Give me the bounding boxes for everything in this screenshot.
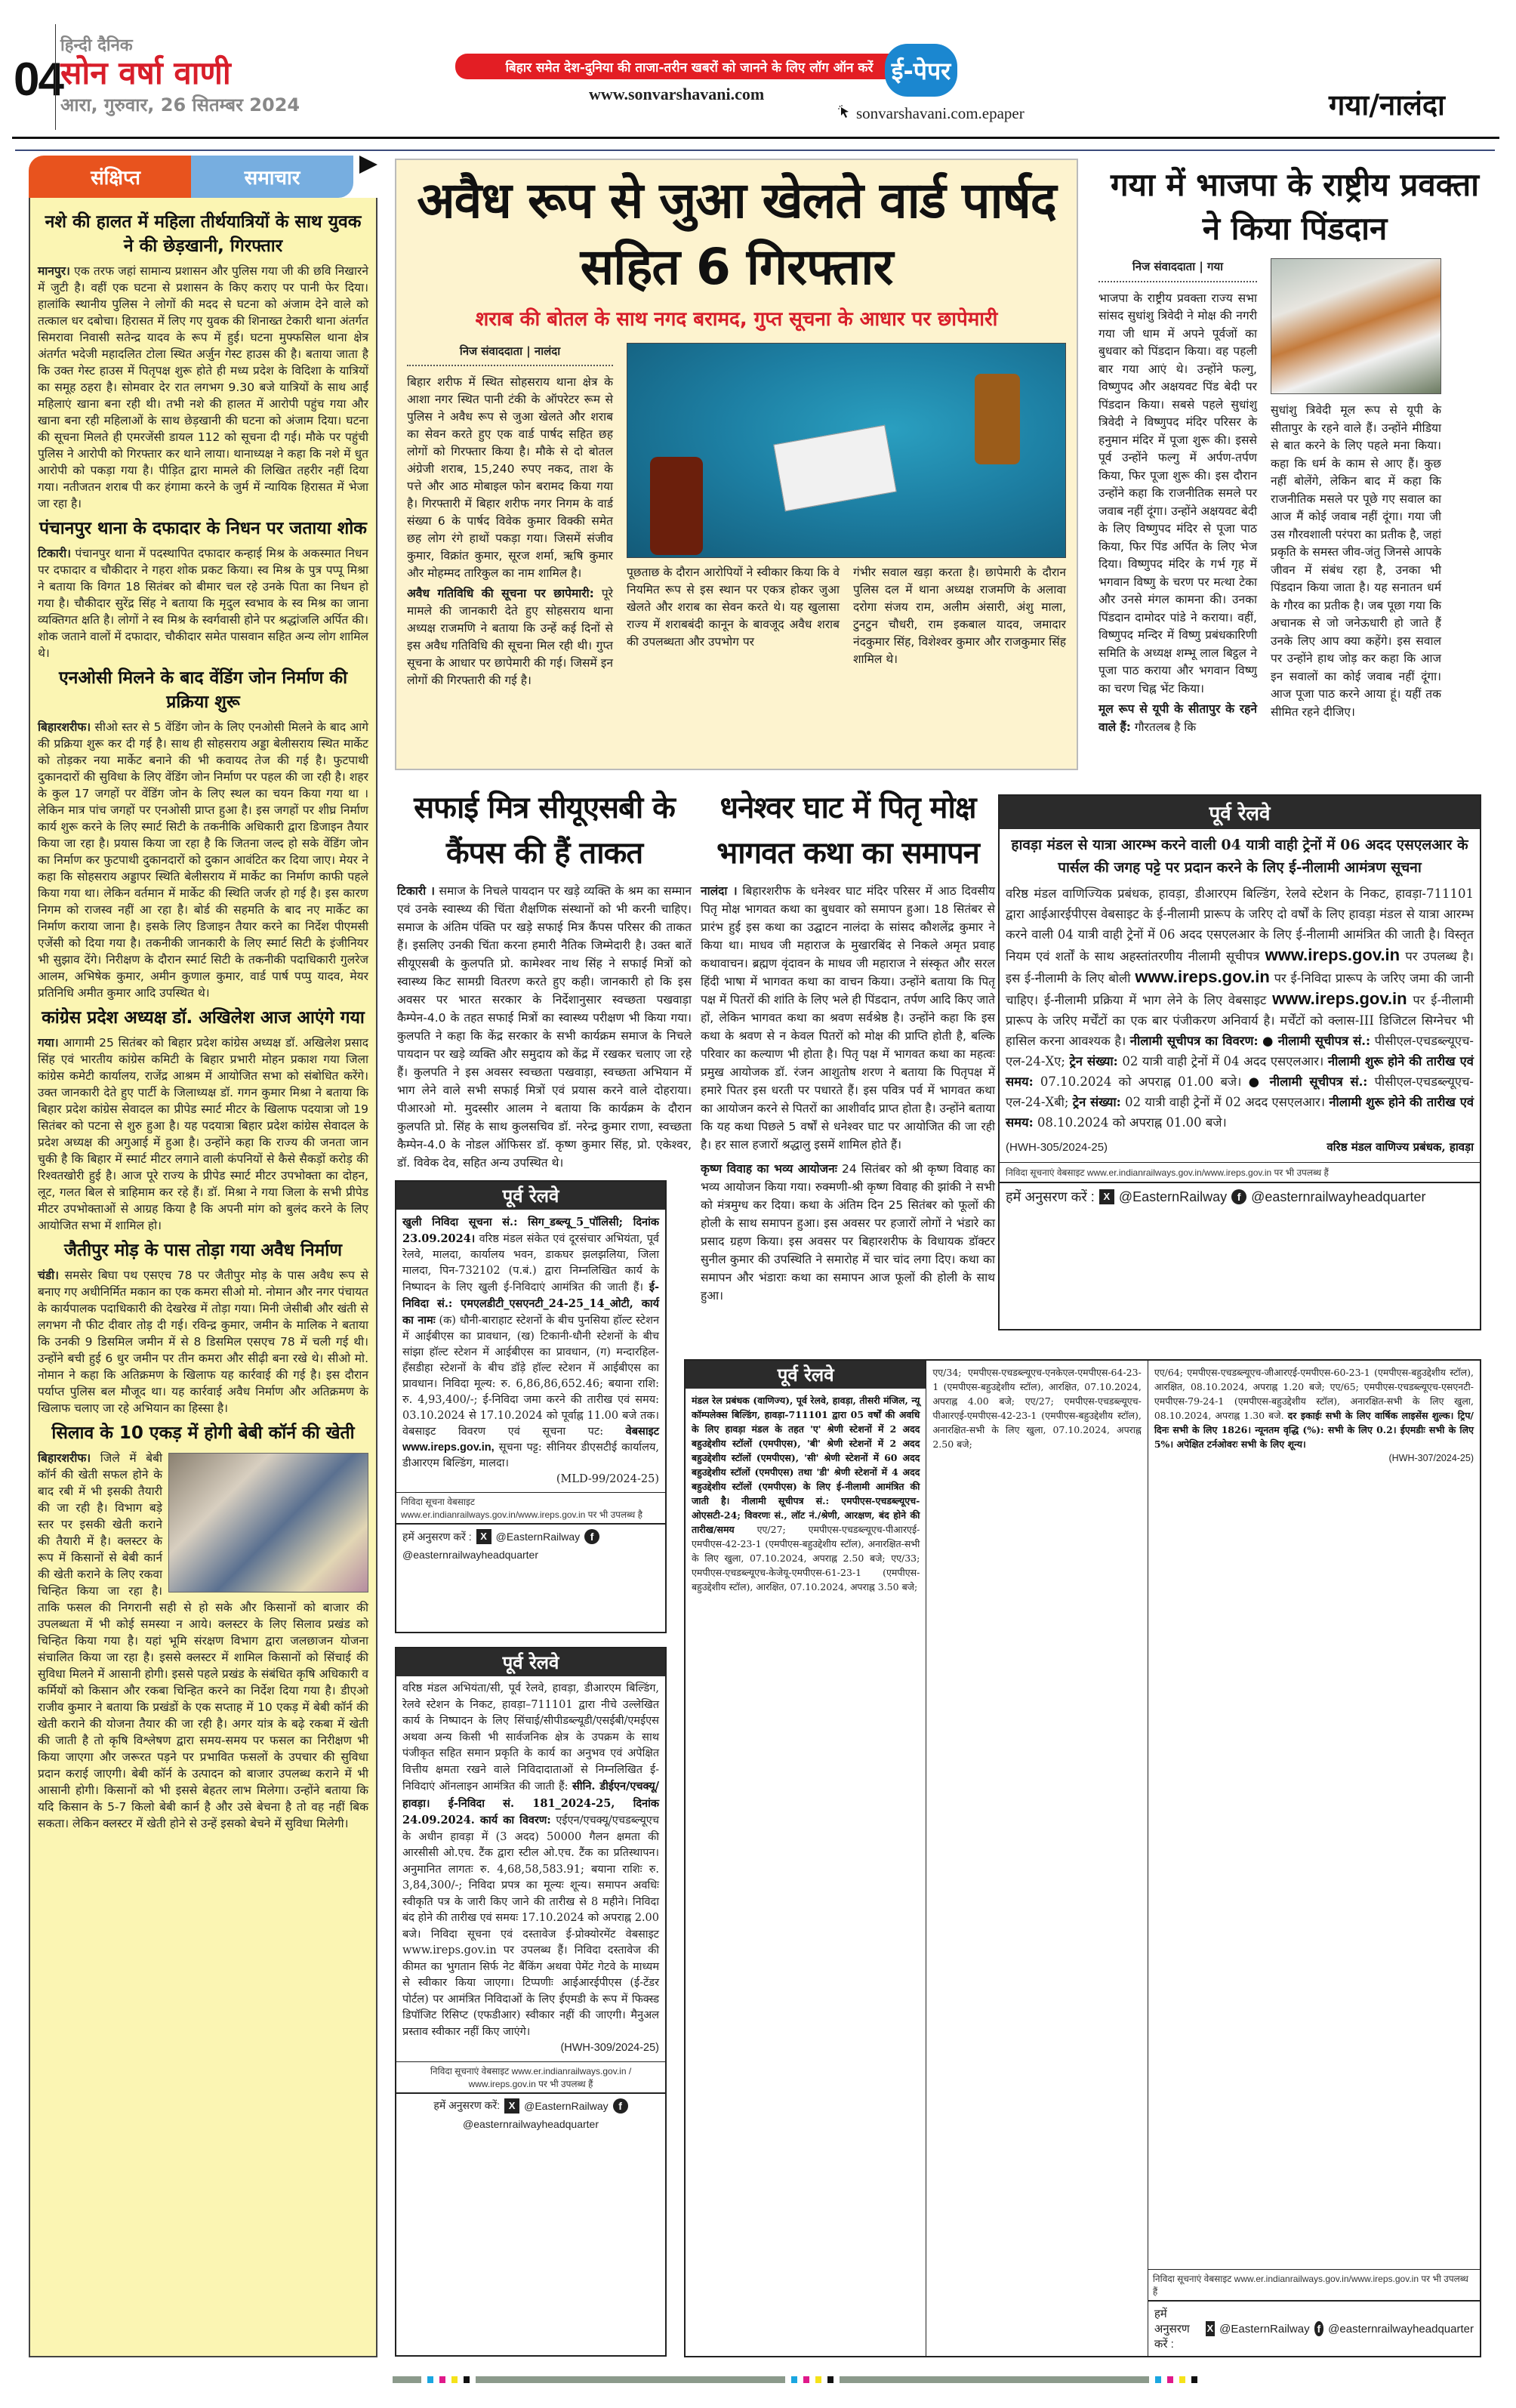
facebook-icon: f [1314,2321,1324,2336]
x-handle[interactable]: @EasternRailway [1219,2323,1309,2336]
side-story: गया में भाजपा के राष्ट्रीय प्रवक्ता ने क… [1091,159,1499,770]
section-rule [15,150,1495,151]
ad-footer-row: (HWH-305/2024-25) वरिष्ठ मंडल वाणिज्य प्… [1006,1137,1474,1158]
follow-row: हमें अनुसरण करें: X @EasternRailway f @e… [396,2092,665,2135]
brief-text: बिहारशरीफ। सीओ स्तर से 5 वेंडिंग जोन के … [38,719,368,1001]
byline: निज संवाददाता | गया [1098,258,1257,282]
ireps-link[interactable]: www.ireps.gov.in [1272,989,1407,1008]
promo-banner: बिहार समेत देश-दुनिया की ताजा-तरीन खबरों… [455,54,923,79]
ad-body: एए/64; एमपीएस-एचडब्ल्यूएच-जीआरएई-एमपीएस-… [1148,1361,1480,2269]
side-column-2: सुधांशु त्रिवेदी मूल रूप से यूपी के सीता… [1271,258,1441,736]
x-twitter-icon: X [1206,2321,1216,2336]
mid-story: सफाई मित्र सीयूएसबी के कैंपस की हैं ताकत… [397,785,692,1172]
ad-title: हावड़ा मंडल से यात्रा आरम्भ करने वाली 04… [1000,829,1480,879]
brief-item: सिलाव के 10 एकड़ में होगी बेबी कॉर्न की … [38,1421,368,1832]
brief-dateline: बिहारशरीफ। [38,1451,91,1465]
lead-lower-columns: पूछताछ के दौरान आरोपियों ने स्वीकार किया… [627,564,1066,668]
liquor-bottle-shape [650,457,703,555]
lead-paragraph: अवैध गतिविधि की सूचना पर छापेमारी: पूरे … [407,585,613,689]
pinddaan-photo [1271,258,1441,394]
lead-paragraph: गंभीर सवाल खड़ा करता है। छापेमारी के दौर… [853,564,1066,668]
lead-paragraph: पूछताछ के दौरान आरोपियों ने स्वीकार किया… [627,564,840,668]
stall-notice-columns: पूर्व रेलवे मंडल रेल प्रबंधक (वाणिज्य), … [686,1361,1480,2356]
mid-headline: सफाई मित्र सीयूएसबी के कैंपस की हैं ताकत [397,785,692,876]
brief-headline: जैतीपुर मोड़ के पास तोड़ा गया अवैध निर्म… [38,1238,368,1263]
ad-reference: (MLD-99/2024-25) [402,1472,659,1488]
paper-name: सोन वर्षा वाणी [60,56,300,91]
facebook-handle[interactable]: @easternrailwayheadquarter [402,1549,538,1561]
lead-column-1: निज संवाददाता | नालंदा बिहार शरीफ में स्… [407,343,613,689]
brief-item: जैतीपुर मोड़ के पास तोड़ा गया अवैध निर्म… [38,1238,368,1417]
lead-subheadline: शराब की बोतल के साथ नगद बरामद, गुप्त सूच… [407,307,1066,332]
brand-block: हिन्दी दैनिक सोन वर्षा वाणी आरा, गुरुवार… [60,36,300,116]
brief-news-header: संक्षिप्त समाचार [29,156,377,198]
x-twitter-icon: X [504,2098,519,2114]
brief-text: गया। आगामी 25 सितंबर को बिहार प्रदेश कां… [38,1034,368,1234]
x-handle[interactable]: @EasternRailway [1119,1189,1227,1205]
ad-site-note: निविदा सूचनाएं वेबसाइट www.er.indianrail… [1000,1162,1480,1182]
mid-story: धनेश्वर घाट में पितृ मोक्ष भागवत कथा का … [701,785,995,1305]
railway-auction-notice: पूर्व रेलवे हावड़ा मंडल से यात्रा आरम्भ … [998,794,1481,1330]
facebook-icon: f [613,2098,628,2114]
lead-body: निज संवाददाता | नालंदा बिहार शरीफ में स्… [407,343,1066,689]
brief-tab-right: समाचार [191,156,353,198]
lead-story: अवैध रूप से जुआ खेलते वार्ड पार्षद सहित … [395,159,1078,770]
mid-paragraph: टिकारी । समाज के निचले पायदान पर खड़े व्… [397,882,692,1172]
brief-headline: एनओसी मिलने के बाद वेंडिंग जोन निर्माण क… [38,666,368,714]
brief-item: नशे की हालत में महिला तीर्थयात्रियों के … [38,210,368,512]
brief-text: टिकारी। पंचानपुर थाना में पदस्थापित दफाद… [38,545,368,661]
follow-row: हमें अनुसरण करें : X @EasternRailway f @… [1000,1182,1480,1210]
lead-paragraph: बिहार शरीफ में स्थित सोहसराय थाना क्षेत्… [407,374,613,582]
lead-headline: अवैध रूप से जुआ खेलते वार्ड पार्षद सहित … [407,168,1066,301]
brief-headline: पंचानपुर थाना के दफादार के निधन पर जताया… [38,516,368,541]
ad-header: पूर्व रेलवे [686,1361,926,1389]
header-rule [12,137,1499,139]
facebook-handle[interactable]: @easternrailwayheadquarter [463,2118,599,2130]
lead-subhead: अवैध गतिविधि की सूचना पर छापेमारी: [407,587,594,600]
facebook-handle[interactable]: @easternrailwayheadquarter [1328,2323,1474,2336]
ad-site-note: निविदा सूचना वेबसाइट www.er.indianrailwa… [396,1492,665,1523]
brief-text: मानपुर। एक तरफ जहां सामान्य प्रशासन और प… [38,263,368,512]
brief-headline: सिलाव के 10 एकड़ में होगी बेबी कॉर्न की … [38,1421,368,1445]
brief-news-body: नशे की हालत में महिला तीर्थयात्रियों के … [29,198,377,2357]
brief-dateline: टिकारी। [38,547,71,560]
ad-header: पूर्व रेलवे [1000,796,1480,829]
website-link[interactable]: www.sonvarshavani.com [589,85,764,104]
railway-tank-tender-notice: पूर्व रेलवे वरिष्ठ मंडल अभियंता/सी, पूर्… [395,1647,667,2357]
facebook-handle[interactable]: @easternrailwayheadquarter [1251,1189,1425,1205]
mid-headline: धनेश्वर घाट में पितृ मोक्ष भागवत कथा का … [701,785,995,876]
brief-dateline: चंडी। [38,1269,59,1282]
brief-news-column: संक्षिप्त समाचार नशे की हालत में महिला त… [29,156,377,2360]
ad-signatory: वरिष्ठ मंडल वाणिज्य प्रबंधक, हावड़ा [1326,1137,1474,1158]
byline: निज संवाददाता | नालंदा [407,343,613,366]
epaper-url-text: sonvarshavani.com.epaper [856,104,1025,123]
ad-site-note: निविदा सूचनाएं वेबसाइट www.er.indianrail… [396,2061,665,2092]
side-paragraph: भाजपा के राष्ट्रीय प्रवक्ता राज्य सभा सा… [1098,290,1257,698]
ad-body: मंडल रेल प्रबंधक (वाणिज्य), पूर्व रेलवे,… [686,1389,926,1599]
masthead-divider [55,24,56,130]
side-paragraph: सुधांशु त्रिवेदी मूल रूप से यूपी के सीता… [1271,402,1441,721]
follow-row: हमें अनुसरण करें : X @EasternRailway f @… [1148,2300,1480,2356]
brief-item: कांग्रेस प्रदेश अध्यक्ष डॉ. अखिलेश आज आए… [38,1006,368,1234]
ad-reference: (HWH-307/2024-25) [1154,1451,1474,1466]
ad-body: एए/34; एमपीएस-एचडब्ल्यूएच-एनकेएल-एमपीएस-… [926,1361,1147,1456]
cursor-click-icon [838,104,852,123]
brand-kicker: हिन्दी दैनिक [60,36,300,56]
stall-notice-col-1: पूर्व रेलवे मंडल रेल प्रबंधक (वाणिज्य), … [686,1361,926,2356]
gambling-raid-photo [627,343,1066,558]
ad-body: वरिष्ठ मंडल वाणिज्यिक प्रबंधक, हावड़ा, ड… [1000,879,1480,1162]
x-handle[interactable]: @EasternRailway [496,1531,580,1543]
ad-body: वरिष्ठ मंडल अभियंता/सी, पूर्व रेलवे, हाव… [396,1676,665,2061]
masthead: 04 हिन्दी दैनिक सोन वर्षा वाणी आरा, गुरु… [0,0,1516,140]
stall-notice-col-3: एए/64; एमपीएस-एचडब्ल्यूएच-जीआरएई-एमपीएस-… [1148,1361,1480,2356]
facebook-icon: f [584,1529,599,1544]
follow-row: हमें अनुसरण करें : X @EasternRailway f @… [396,1523,665,1565]
stall-notice-col-2: एए/34; एमपीएस-एचडब्ल्यूएच-एनकेएल-एमपीएस-… [926,1361,1148,2356]
facebook-icon: f [1231,1189,1246,1204]
brief-item: पंचानपुर थाना के दफादार के निधन पर जताया… [38,516,368,661]
dateline: आरा, गुरुवार, 26 सितम्बर 2024 [60,94,300,116]
x-twitter-icon: X [476,1529,491,1544]
railway-stall-auction-notice: पूर्व रेलवे मंडल रेल प्रबंधक (वाणिज्य), … [684,1359,1481,2357]
ireps-link[interactable]: www.ireps.gov.in [1135,967,1269,986]
meeting-photo [168,1453,368,1592]
brief-text: चंडी। समसेर बिघा पथ एसएच 78 पर जैतीपुर म… [38,1267,368,1417]
ad-reference: (HWH-309/2024-25) [402,2040,659,2057]
brief-tab-left: संक्षिप्त [29,156,202,198]
epaper-badge[interactable]: ई-पेपर [885,44,957,97]
ireps-link[interactable]: www.ireps.gov.in [1265,945,1400,964]
ad-header: पूर्व रेलवे [396,1648,665,1676]
print-registration-bar [393,2375,1516,2384]
ad-site-note: निविदा सूचनाएं वेबसाइट www.er.indianrail… [1148,2269,1480,2300]
side-headline: गया में भाजपा के राष्ट्रीय प्रवक्ता ने क… [1098,163,1491,251]
ad-header: पूर्व रेलवे [396,1182,665,1210]
brief-headline: नशे की हालत में महिला तीर्थयात्रियों के … [38,210,368,258]
region-label: गया/नालंदा [1329,85,1445,124]
flag-icon [359,156,377,174]
brief-item: एनओसी मिलने के बाद वेंडिंग जोन निर्माण क… [38,666,368,1001]
liquor-bottle-shape [975,374,1020,464]
brief-dateline: बिहारशरीफ। [38,720,91,734]
x-handle[interactable]: @EasternRailway [524,2100,608,2112]
brief-headline: कांग्रेस प्रदेश अध्यक्ष डॉ. अखिलेश आज आए… [38,1006,368,1030]
mid-paragraph: कृष्ण विवाह का भव्य आयोजनः 24 सितंबर को … [701,1160,995,1305]
brief-dateline: मानपुर। [38,264,70,278]
lead-right: पूछताछ के दौरान आरोपियों ने स्वीकार किया… [627,343,1066,689]
side-paragraph: मूल रूप से यूपी के सीतापुर के रहने वाले … [1098,701,1257,736]
playing-cards-shape [773,425,896,512]
side-column-1: निज संवाददाता | गया भाजपा के राष्ट्रीय प… [1098,258,1257,736]
epaper-link[interactable]: sonvarshavani.com.epaper [838,104,1025,123]
railway-tender-notice: पूर्व रेलवे खुली निविदा सूचना सं.: सिग_ड… [395,1180,667,1633]
ad-reference: (HWH-305/2024-25) [1006,1137,1108,1158]
ad-body: खुली निविदा सूचना सं.: सिग_डब्ल्यू_5_पॉल… [396,1210,665,1492]
x-twitter-icon: X [1099,1189,1114,1204]
brief-dateline: गया। [38,1036,59,1050]
mid-paragraph: नालंदा । बिहारशरीफ के धनेश्वर घाट मंदिर … [701,882,995,1154]
side-body: निज संवाददाता | गया भाजपा के राष्ट्रीय प… [1098,258,1491,736]
